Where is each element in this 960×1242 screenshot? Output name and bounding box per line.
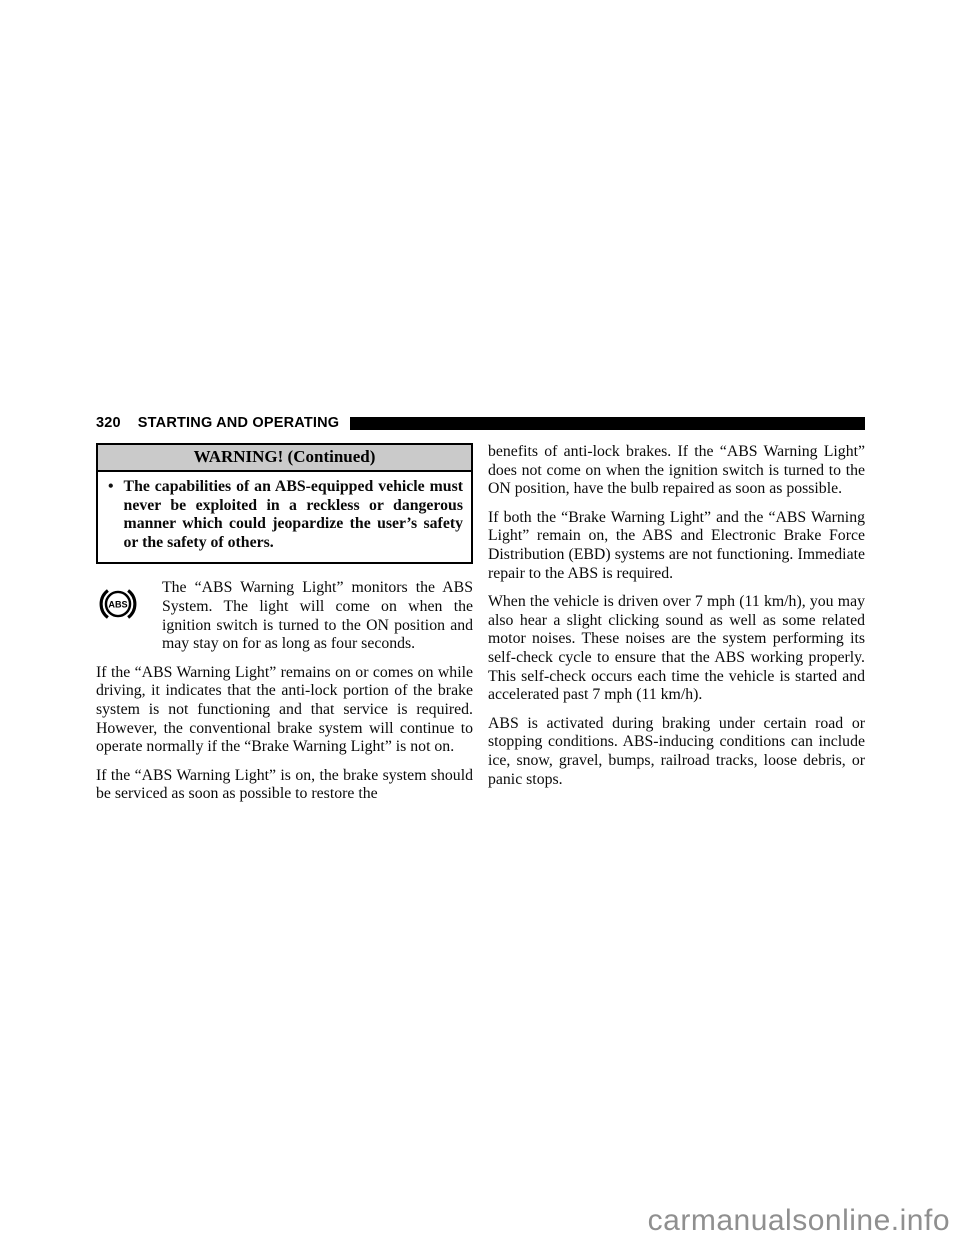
- section-title: STARTING AND OPERATING: [138, 415, 340, 431]
- left-column: WARNING! (Continued) • The capabilities …: [96, 443, 473, 804]
- abs-icon-label: ABS: [108, 600, 127, 610]
- manual-page-content: 320 STARTING AND OPERATING WARNING! (Con…: [96, 414, 865, 804]
- paragraph: If both the “Brake Warning Light” and th…: [488, 509, 865, 583]
- paragraph: When the vehicle is driven over 7 mph (1…: [488, 593, 865, 705]
- header-rule-bar: [350, 417, 865, 430]
- paragraph: If the “ABS Warning Light” remains on or…: [96, 664, 473, 757]
- site-watermark: carmanualsonline.info: [648, 1204, 950, 1238]
- paragraph: The “ABS Warning Light” monitors the ABS…: [162, 579, 473, 653]
- abs-warning-light-icon: ABS: [97, 582, 139, 626]
- paragraph: benefits of anti-lock brakes. If the “AB…: [488, 443, 865, 499]
- paragraph: If the “ABS Warning Light” is on, the br…: [96, 767, 473, 804]
- right-column: benefits of anti-lock brakes. If the “AB…: [488, 443, 865, 804]
- warning-bullet-text: The capabilities of an ABS-equipped vehi…: [124, 478, 463, 552]
- running-header: 320 STARTING AND OPERATING: [96, 414, 865, 432]
- warning-box-body: • The capabilities of an ABS-equipped ve…: [98, 472, 471, 562]
- page-number: 320: [96, 415, 121, 431]
- abs-paragraph-block: ABS The “ABS Warning Light” monitors the…: [96, 579, 473, 653]
- paragraph: ABS is activated during braking under ce…: [488, 715, 865, 789]
- warning-box-title: WARNING! (Continued): [98, 445, 471, 472]
- two-column-text: WARNING! (Continued) • The capabilities …: [96, 443, 865, 804]
- bullet-marker: •: [108, 478, 114, 552]
- warning-box: WARNING! (Continued) • The capabilities …: [96, 443, 473, 564]
